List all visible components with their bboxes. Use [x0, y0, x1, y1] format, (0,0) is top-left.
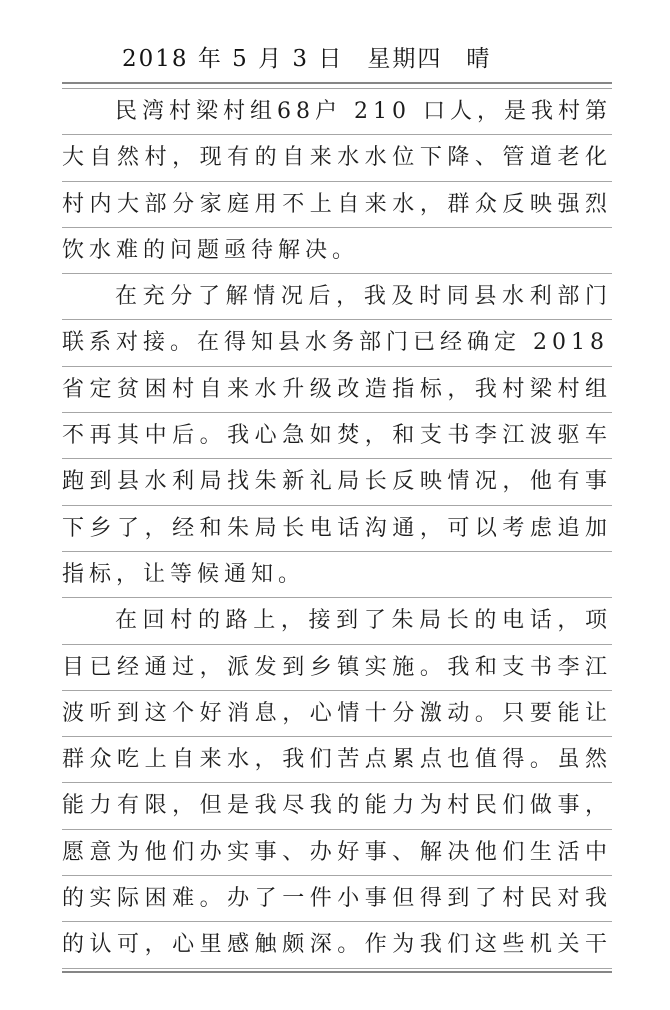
diary-line: 群众吃上自来水，我们苦点累点也值得。虽然 — [62, 737, 612, 783]
weather-text: 晴 — [466, 46, 491, 72]
diary-line: 在回村的路上，接到了朱局长的电话，项 — [62, 598, 612, 644]
diary-line: 在充分了解情况后，我及时同县水利部门 — [62, 274, 612, 320]
diary-date-header: 2018 年 5 月 3 日星期四晴 — [122, 40, 582, 73]
date-text: 2018 年 5 月 3 日 — [122, 46, 343, 72]
diary-line: 的实际困难。办了一件小事但得到了村民对我 — [62, 876, 612, 922]
diary-line: 下乡了，经和朱局长电话沟通，可以考虑追加 — [62, 506, 612, 552]
page-bottom-double-rule — [62, 971, 612, 973]
diary-line: 波听到这个好消息，心情十分激动。只要能让 — [62, 691, 612, 737]
header-divider-double-rule — [62, 82, 612, 89]
diary-line: 指标，让等候通知。 — [62, 552, 612, 598]
diary-line: 饮水难的问题亟待解决。 — [62, 228, 612, 274]
diary-line: 联系对接。在得知县水务部门已经确定 2018 年 — [62, 320, 612, 366]
diary-body: 民湾村梁村组68户 210 口人，是我村第一 大自然村，现有的自来水水位下降、管… — [62, 89, 612, 969]
diary-page: 2018 年 5 月 3 日星期四晴 民湾村梁村组68户 210 口人，是我村第… — [0, 0, 670, 1010]
diary-line: 不再其中后。我心急如焚，和支书李江波驱车 — [62, 413, 612, 459]
diary-line: 的认可，心里感触颇深。作为我们这些机关干 — [62, 922, 612, 968]
diary-line: 省定贫困村自来水升级改造指标，我村梁村组 — [62, 367, 612, 413]
diary-line: 能力有限，但是我尽我的能力为村民们做事， — [62, 783, 612, 829]
diary-line: 民湾村梁村组68户 210 口人，是我村第一 — [62, 89, 612, 135]
weekday-text: 星期四 — [367, 46, 442, 72]
diary-line: 村内大部分家庭用不上自来水，群众反映强烈 — [62, 182, 612, 228]
diary-line: 大自然村，现有的自来水水位下降、管道老化 — [62, 135, 612, 181]
diary-line: 目已经通过，派发到乡镇实施。我和支书李江 — [62, 645, 612, 691]
diary-line: 愿意为他们办实事、办好事、解决他们生活中 — [62, 830, 612, 876]
diary-line: 跑到县水利局找朱新礼局长反映情况，他有事 — [62, 459, 612, 505]
